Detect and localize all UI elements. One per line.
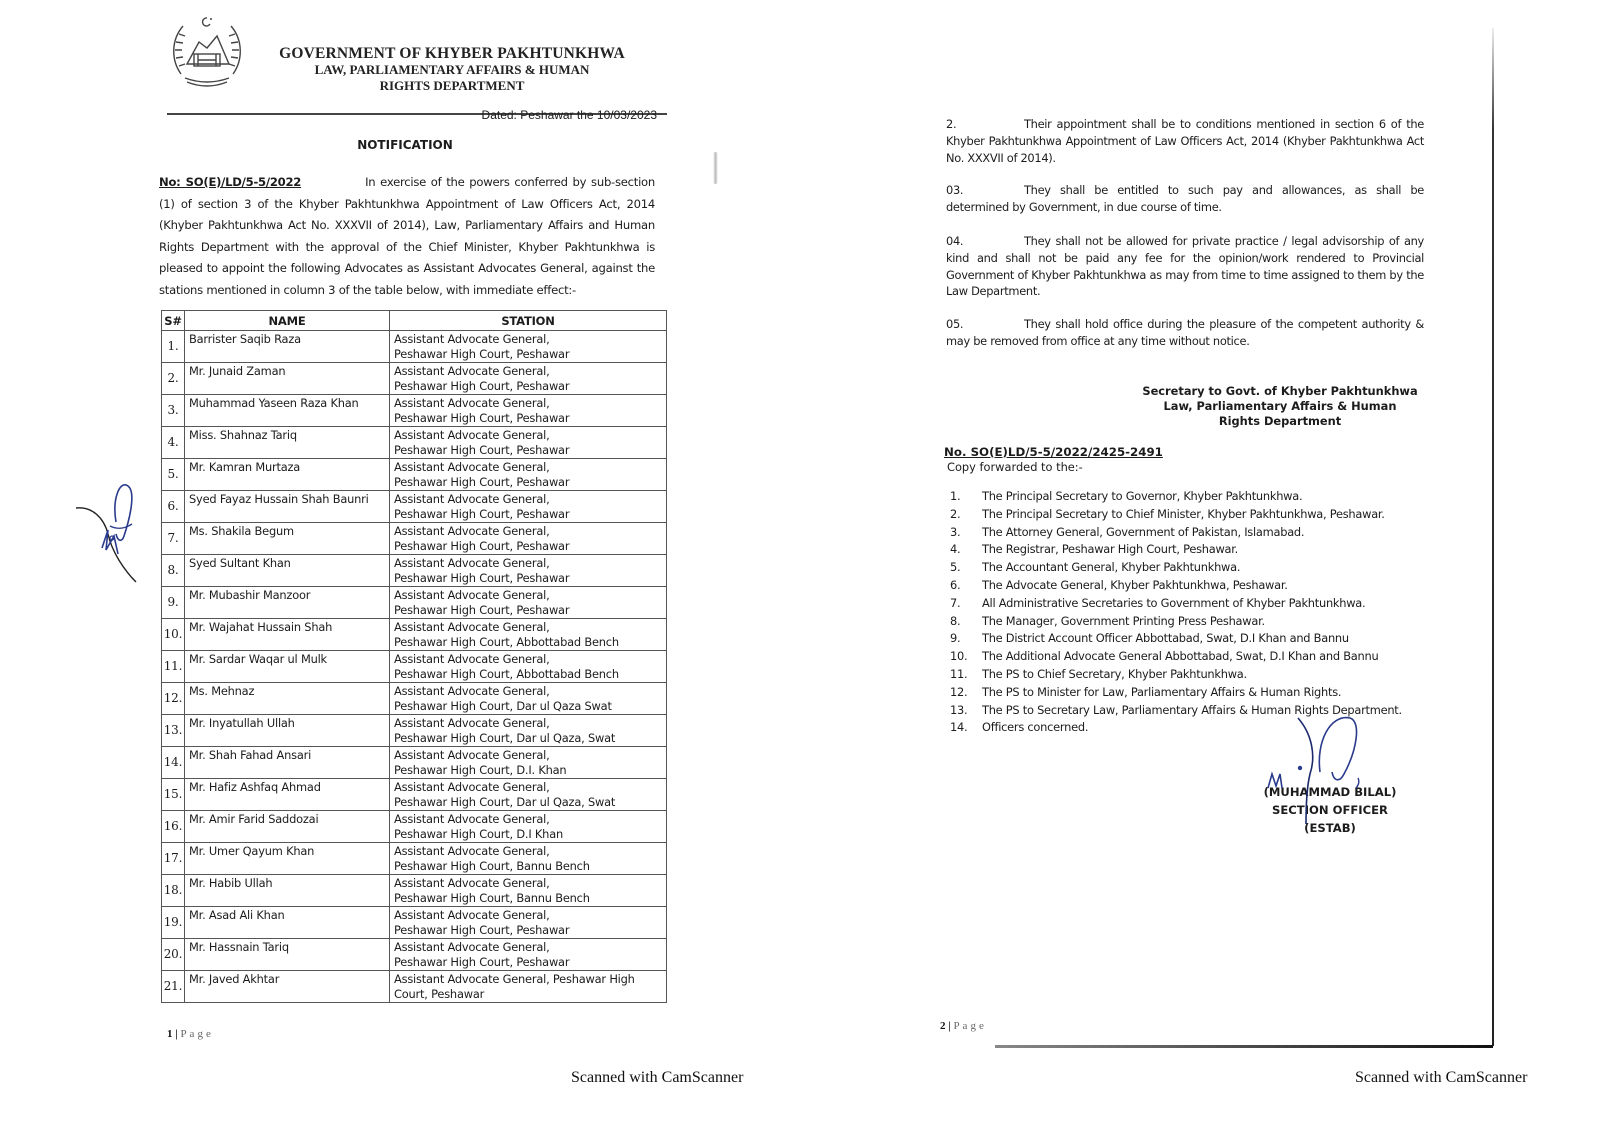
item-number: 14. xyxy=(950,719,982,737)
station: Assistant Advocate General,Peshawar High… xyxy=(390,747,667,779)
page-separator: | xyxy=(175,1028,177,1040)
page-number-footer: 2 | Page xyxy=(940,1020,987,1032)
station-line-1: Assistant Advocate General, xyxy=(394,876,662,891)
distribution-item: 5.The Accountant General, Khyber Pakhtun… xyxy=(950,559,1402,577)
station-line-1: Assistant Advocate General, xyxy=(394,620,662,635)
paragraph-4: 04.They shall not be allowed for private… xyxy=(946,233,1424,300)
serial-number: 7. xyxy=(162,523,185,555)
station-line-2: Peshawar High Court, Peshawar xyxy=(394,539,662,554)
distribution-item: 11.The PS to Chief Secretary, Khyber Pak… xyxy=(950,666,1402,684)
station-line-1: Assistant Advocate General, xyxy=(394,428,662,443)
station: Assistant Advocate General, Peshawar Hig… xyxy=(390,971,667,1003)
distribution-item: 2.The Principal Secretary to Chief Minis… xyxy=(950,506,1402,524)
item-text: Officers concerned. xyxy=(982,720,1088,734)
advocate-name: Mr. Umer Qayum Khan xyxy=(185,843,390,875)
item-text: The PS to Minister for Law, Parliamentar… xyxy=(982,685,1341,699)
camscanner-watermark-2: Scanned with CamScanner xyxy=(1355,1069,1527,1087)
serial-number: 16. xyxy=(162,811,185,843)
advocate-name: Mr. Wajahat Hussain Shah xyxy=(185,619,390,651)
station-line-1: Assistant Advocate General, xyxy=(394,940,662,955)
distribution-item: 8.The Manager, Government Printing Press… xyxy=(950,613,1402,631)
item-text: The Registrar, Peshawar High Court, Pesh… xyxy=(982,542,1238,556)
station-line-2: Peshawar High Court, Peshawar xyxy=(394,475,662,490)
scan-artifact xyxy=(713,152,718,184)
table-row: 21.Mr. Javed AkhtarAssistant Advocate Ge… xyxy=(162,971,667,1003)
table-header-row: S# NAME STATION xyxy=(162,311,667,331)
table-row: 6.Syed Fayaz Hussain Shah BaunriAssistan… xyxy=(162,491,667,523)
item-text: All Administrative Secretaries to Govern… xyxy=(982,596,1365,610)
station-line-2: Peshawar High Court, D.I. Khan xyxy=(394,763,662,778)
serial-number: 5. xyxy=(162,459,185,491)
station-line-1: Assistant Advocate General, xyxy=(394,716,662,731)
serial-number: 3. xyxy=(162,395,185,427)
table-row: 12.Ms. MehnazAssistant Advocate General,… xyxy=(162,683,667,715)
serial-number: 19. xyxy=(162,907,185,939)
camscanner-watermark-1: Scanned with CamScanner xyxy=(571,1069,743,1087)
signatory-designation: SECTION OFFICER (ESTAB) xyxy=(1245,801,1415,837)
page-separator: | xyxy=(948,1020,950,1032)
distribution-item: 9.The District Account Officer Abbottaba… xyxy=(950,630,1402,648)
item-text: The Accountant General, Khyber Pakhtunkh… xyxy=(982,560,1240,574)
advocate-name: Miss. Shahnaz Tariq xyxy=(185,427,390,459)
distribution-item: 13.The PS to Secretary Law, Parliamentar… xyxy=(950,702,1402,720)
station: Assistant Advocate General,Peshawar High… xyxy=(390,587,667,619)
intro-text: In exercise of the powers conferred by s… xyxy=(159,175,655,297)
table-row: 20.Mr. Hassnain TariqAssistant Advocate … xyxy=(162,939,667,971)
station-line-2: Peshawar High Court, Peshawar xyxy=(394,347,662,362)
station: Assistant Advocate General,Peshawar High… xyxy=(390,331,667,363)
serial-number: 15. xyxy=(162,779,185,811)
serial-number: 21. xyxy=(162,971,185,1003)
item-number: 8. xyxy=(950,613,982,631)
station: Assistant Advocate General,Peshawar High… xyxy=(390,907,667,939)
station-line-2: Peshawar High Court, Peshawar xyxy=(394,955,662,970)
advocate-name: Mr. Sardar Waqar ul Mulk xyxy=(185,651,390,683)
advocate-name: Syed Fayaz Hussain Shah Baunri xyxy=(185,491,390,523)
page-edge-right xyxy=(1492,28,1494,1046)
letterhead: GOVERNMENT OF KHYBER PAKHTUNKHWA LAW, PA… xyxy=(167,12,677,104)
station: Assistant Advocate General,Peshawar High… xyxy=(390,619,667,651)
serial-number: 20. xyxy=(162,939,185,971)
page-label: Page xyxy=(180,1028,213,1040)
item-number: 6. xyxy=(950,577,982,595)
station: Assistant Advocate General,Peshawar High… xyxy=(390,363,667,395)
item-number: 5. xyxy=(950,559,982,577)
paragraph-number: 2. xyxy=(946,116,1024,133)
distribution-list: 1.The Principal Secretary to Governor, K… xyxy=(950,488,1402,737)
advocate-name: Ms. Shakila Begum xyxy=(185,523,390,555)
secretary-department-line1: Law, Parliamentary Affairs & Human xyxy=(1140,399,1420,414)
station-line-2: Peshawar High Court, Peshawar xyxy=(394,507,662,522)
secretary-title: Secretary to Govt. of Khyber Pakhtunkhwa xyxy=(1140,384,1420,399)
distribution-item: 6.The Advocate General, Khyber Pakhtunkh… xyxy=(950,577,1402,595)
station-line-2: Peshawar High Court, Peshawar xyxy=(394,571,662,586)
serial-number: 17. xyxy=(162,843,185,875)
station-line-2: Peshawar High Court, Dar ul Qaza Swat xyxy=(394,699,662,714)
document-page-1: GOVERNMENT OF KHYBER PAKHTUNKHWA LAW, PA… xyxy=(155,0,675,1060)
item-number: 10. xyxy=(950,648,982,666)
item-number: 9. xyxy=(950,630,982,648)
item-number: 11. xyxy=(950,666,982,684)
table-row: 3.Muhammad Yaseen Raza KhanAssistant Adv… xyxy=(162,395,667,427)
station-line-1: Assistant Advocate General, xyxy=(394,364,662,379)
serial-number: 6. xyxy=(162,491,185,523)
table-row: 17.Mr. Umer Qayum KhanAssistant Advocate… xyxy=(162,843,667,875)
advocate-name: Mr. Shah Fahad Ansari xyxy=(185,747,390,779)
paragraph-5: 05.They shall hold office during the ple… xyxy=(946,316,1424,350)
item-text: The PS to Secretary Law, Parliamentary A… xyxy=(982,703,1402,717)
page-number: 2 xyxy=(940,1020,946,1032)
advocate-name: Mr. Inyatullah Ullah xyxy=(185,715,390,747)
distribution-item: 7.All Administrative Secretaries to Gove… xyxy=(950,595,1402,613)
station: Assistant Advocate General,Peshawar High… xyxy=(390,683,667,715)
appointments-table: S# NAME STATION 1.Barrister Saqib RazaAs… xyxy=(161,310,667,1003)
station-line-2: Peshawar High Court, Dar ul Qaza, Swat xyxy=(394,731,662,746)
distribution-item: 12.The PS to Minister for Law, Parliamen… xyxy=(950,684,1402,702)
column-header-name: NAME xyxy=(185,311,390,331)
letterhead-department-line1: LAW, PARLIAMENTARY AFFAIRS & HUMAN xyxy=(262,62,642,78)
station-line-2: Peshawar High Court, Bannu Bench xyxy=(394,859,662,874)
station-line-2: Peshawar High Court, Peshawar xyxy=(394,923,662,938)
signatory-name: (MUHAMMAD BILAL) xyxy=(1245,783,1415,801)
item-text: The Principal Secretary to Chief Ministe… xyxy=(982,507,1385,521)
table-row: 11.Mr. Sardar Waqar ul MulkAssistant Adv… xyxy=(162,651,667,683)
item-number: 13. xyxy=(950,702,982,720)
notification-intro: No: SO(E)/LD/5-5/2022In exercise of the … xyxy=(159,172,655,302)
table-row: 16.Mr. Amir Farid SaddozaiAssistant Advo… xyxy=(162,811,667,843)
station: Assistant Advocate General,Peshawar High… xyxy=(390,715,667,747)
item-text: The PS to Chief Secretary, Khyber Pakhtu… xyxy=(982,667,1247,681)
table-row: 1.Barrister Saqib RazaAssistant Advocate… xyxy=(162,331,667,363)
station-line-2: Peshawar High Court, Abbottabad Bench xyxy=(394,635,662,650)
paragraph-number: 04. xyxy=(946,233,1024,250)
paragraph-2: 2.Their appointment shall be to conditio… xyxy=(946,116,1424,166)
station: Assistant Advocate General,Peshawar High… xyxy=(390,523,667,555)
secretary-department-line2: Rights Department xyxy=(1140,414,1420,429)
advocate-name: Syed Sultant Khan xyxy=(185,555,390,587)
document-page-2: 2.Their appointment shall be to conditio… xyxy=(940,0,1500,1080)
station-line-2: Peshawar High Court, Peshawar xyxy=(394,379,662,394)
serial-number: 11. xyxy=(162,651,185,683)
advocate-name: Mr. Asad Ali Khan xyxy=(185,907,390,939)
item-number: 3. xyxy=(950,524,982,542)
notification-title: NOTIFICATION xyxy=(155,138,655,152)
station-line-1: Assistant Advocate General, xyxy=(394,460,662,475)
serial-number: 18. xyxy=(162,875,185,907)
table-row: 8.Syed Sultant KhanAssistant Advocate Ge… xyxy=(162,555,667,587)
advocate-name: Mr. Mubashir Manzoor xyxy=(185,587,390,619)
station-line-1: Assistant Advocate General, xyxy=(394,844,662,859)
advocate-name: Mr. Kamran Murtaza xyxy=(185,459,390,491)
item-text: The Manager, Government Printing Press P… xyxy=(982,614,1265,628)
station-line-2: Peshawar High Court, Peshawar xyxy=(394,411,662,426)
copy-forwarded-label: Copy forwarded to the:- xyxy=(947,460,1083,474)
station: Assistant Advocate General,Peshawar High… xyxy=(390,939,667,971)
margin-signature-icon xyxy=(72,478,144,588)
advocate-name: Mr. Amir Farid Saddozai xyxy=(185,811,390,843)
table-row: 15.Mr. Hafiz Ashfaq AhmadAssistant Advoc… xyxy=(162,779,667,811)
table-row: 18.Mr. Habib UllahAssistant Advocate Gen… xyxy=(162,875,667,907)
column-header-station: STATION xyxy=(390,311,667,331)
station: Assistant Advocate General,Peshawar High… xyxy=(390,491,667,523)
item-number: 12. xyxy=(950,684,982,702)
station-line-1: Assistant Advocate General, xyxy=(394,652,662,667)
date-line: Dated: Peshawar the 10/03/2023 xyxy=(482,108,657,122)
distribution-item: 10.The Additional Advocate General Abbot… xyxy=(950,648,1402,666)
letterhead-department-line2: RIGHTS DEPARTMENT xyxy=(262,78,642,94)
station: Assistant Advocate General,Peshawar High… xyxy=(390,395,667,427)
advocate-name: Mr. Hafiz Ashfaq Ahmad xyxy=(185,779,390,811)
station-line-2: Peshawar High Court, Peshawar xyxy=(394,443,662,458)
advocate-name: Mr. Hassnain Tariq xyxy=(185,939,390,971)
station: Assistant Advocate General,Peshawar High… xyxy=(390,875,667,907)
distribution-item: 3.The Attorney General, Government of Pa… xyxy=(950,524,1402,542)
station-line-1: Assistant Advocate General, xyxy=(394,492,662,507)
table-row: 7.Ms. Shakila BegumAssistant Advocate Ge… xyxy=(162,523,667,555)
serial-number: 10. xyxy=(162,619,185,651)
station-line-2: Peshawar High Court, Abbottabad Bench xyxy=(394,667,662,682)
table-row: 10.Mr. Wajahat Hussain ShahAssistant Adv… xyxy=(162,619,667,651)
advocate-name: Ms. Mehnaz xyxy=(185,683,390,715)
item-text: The Additional Advocate General Abbottab… xyxy=(982,649,1378,663)
station-line-1: Assistant Advocate General, xyxy=(394,588,662,603)
station-line-1: Assistant Advocate General, xyxy=(394,396,662,411)
item-text: The Principal Secretary to Governor, Khy… xyxy=(982,489,1302,503)
serial-number: 4. xyxy=(162,427,185,459)
table-row: 2.Mr. Junaid ZamanAssistant Advocate Gen… xyxy=(162,363,667,395)
government-emblem-icon xyxy=(167,12,247,92)
advocate-name: Mr. Habib Ullah xyxy=(185,875,390,907)
station-line-1: Assistant Advocate General, xyxy=(394,524,662,539)
station-line-1: Assistant Advocate General, Peshawar Hig… xyxy=(394,972,662,987)
page-number-footer: 1 | Page xyxy=(167,1028,214,1040)
station: Assistant Advocate General,Peshawar High… xyxy=(390,651,667,683)
station-line-2: Peshawar High Court, Bannu Bench xyxy=(394,891,662,906)
letterhead-government: GOVERNMENT OF KHYBER PAKHTUNKHWA xyxy=(262,45,642,62)
station: Assistant Advocate General,Peshawar High… xyxy=(390,459,667,491)
station-line-2: Court, Peshawar xyxy=(394,987,662,1002)
column-header-sn: S# xyxy=(162,311,185,331)
station-line-1: Assistant Advocate General, xyxy=(394,908,662,923)
station-line-1: Assistant Advocate General, xyxy=(394,332,662,347)
page-number: 1 xyxy=(167,1028,173,1040)
table-row: 5.Mr. Kamran MurtazaAssistant Advocate G… xyxy=(162,459,667,491)
item-number: 7. xyxy=(950,595,982,613)
station-line-1: Assistant Advocate General, xyxy=(394,684,662,699)
table-row: 9.Mr. Mubashir ManzoorAssistant Advocate… xyxy=(162,587,667,619)
serial-number: 2. xyxy=(162,363,185,395)
serial-number: 14. xyxy=(162,747,185,779)
distribution-item: 4.The Registrar, Peshawar High Court, Pe… xyxy=(950,541,1402,559)
station: Assistant Advocate General,Peshawar High… xyxy=(390,427,667,459)
item-text: The Advocate General, Khyber Pakhtunkhwa… xyxy=(982,578,1288,592)
station-line-1: Assistant Advocate General, xyxy=(394,812,662,827)
endorsement-reference-number: No. SO(E)LD/5-5/2022/2425-2491 xyxy=(944,445,1163,459)
table-row: 13.Mr. Inyatullah UllahAssistant Advocat… xyxy=(162,715,667,747)
distribution-item: 1.The Principal Secretary to Governor, K… xyxy=(950,488,1402,506)
distribution-item: 14.Officers concerned. xyxy=(950,719,1402,737)
reference-number: No: SO(E)/LD/5-5/2022 xyxy=(159,175,301,189)
item-text: The Attorney General, Government of Paki… xyxy=(982,525,1304,539)
station-line-2: Peshawar High Court, Dar ul Qaza, Swat xyxy=(394,795,662,810)
item-number: 1. xyxy=(950,488,982,506)
paragraph-number: 03. xyxy=(946,182,1024,199)
advocate-name: Mr. Junaid Zaman xyxy=(185,363,390,395)
item-text: The District Account Officer Abbottabad,… xyxy=(982,631,1349,645)
page-label: Page xyxy=(953,1020,986,1032)
page-edge-bottom xyxy=(995,1045,1493,1048)
station-line-1: Assistant Advocate General, xyxy=(394,748,662,763)
paragraph-number: 05. xyxy=(946,316,1024,333)
station: Assistant Advocate General,Peshawar High… xyxy=(390,811,667,843)
table-row: 14.Mr. Shah Fahad AnsariAssistant Advoca… xyxy=(162,747,667,779)
serial-number: 12. xyxy=(162,683,185,715)
item-number: 2. xyxy=(950,506,982,524)
station-line-1: Assistant Advocate General, xyxy=(394,556,662,571)
secretary-signature-block: Secretary to Govt. of Khyber Pakhtunkhwa… xyxy=(1140,384,1420,429)
table-row: 4.Miss. Shahnaz TariqAssistant Advocate … xyxy=(162,427,667,459)
station-line-2: Peshawar High Court, D.I Khan xyxy=(394,827,662,842)
signatory-block: (MUHAMMAD BILAL) SECTION OFFICER (ESTAB) xyxy=(1245,783,1415,837)
station-line-2: Peshawar High Court, Peshawar xyxy=(394,603,662,618)
station-line-1: Assistant Advocate General, xyxy=(394,780,662,795)
advocate-name: Mr. Javed Akhtar xyxy=(185,971,390,1003)
serial-number: 9. xyxy=(162,587,185,619)
appointments-table-body: 1.Barrister Saqib RazaAssistant Advocate… xyxy=(162,331,667,1003)
station: Assistant Advocate General,Peshawar High… xyxy=(390,555,667,587)
advocate-name: Barrister Saqib Raza xyxy=(185,331,390,363)
table-row: 19.Mr. Asad Ali KhanAssistant Advocate G… xyxy=(162,907,667,939)
station: Assistant Advocate General,Peshawar High… xyxy=(390,843,667,875)
serial-number: 1. xyxy=(162,331,185,363)
serial-number: 13. xyxy=(162,715,185,747)
station: Assistant Advocate General,Peshawar High… xyxy=(390,779,667,811)
advocate-name: Muhammad Yaseen Raza Khan xyxy=(185,395,390,427)
item-number: 4. xyxy=(950,541,982,559)
serial-number: 8. xyxy=(162,555,185,587)
paragraph-3: 03.They shall be entitled to such pay an… xyxy=(946,182,1424,216)
